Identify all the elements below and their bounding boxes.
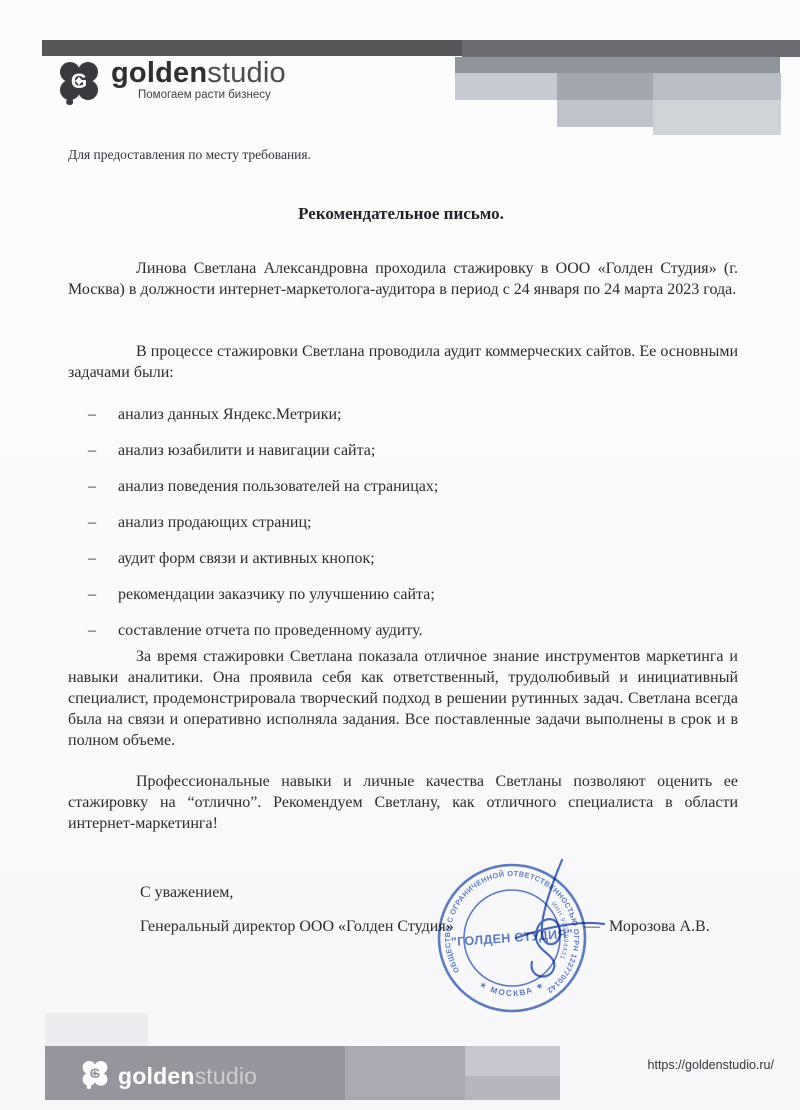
clover-logo-icon: G (56, 58, 102, 111)
task-text: анализ продающих страниц; (118, 512, 311, 533)
logo-wordmark: goldenstudio (111, 58, 286, 88)
dash-bullet: – (88, 620, 118, 641)
task-text: рекомендации заказчику по улучшению сайт… (118, 584, 435, 605)
paragraph-evaluation: За время стажировки Светлана показала от… (68, 646, 738, 751)
recipient-line: Для предоставления по месту требования. (68, 147, 311, 163)
paragraph-tasks-intro: В процессе стажировки Светлана проводила… (68, 341, 738, 383)
task-text: анализ поведения пользователей на страни… (118, 476, 438, 497)
scanned-letter-page: G goldenstudio Помогаем расти бизнесу Дл… (0, 0, 800, 1110)
list-item: –анализ поведения пользователей на стран… (88, 476, 728, 497)
website-url: https://goldenstudio.ru/ (648, 1058, 774, 1072)
footer-block (465, 1046, 560, 1076)
redaction-block (557, 100, 653, 127)
redaction-block (455, 73, 557, 100)
director-role-line: Генеральный директор ООО «Голден Студия» (140, 918, 454, 936)
letter-title: Рекомендательное письмо. (66, 204, 736, 224)
dash-bullet: – (88, 476, 118, 497)
footer-logo: G goldenstudio (80, 1058, 257, 1095)
task-text: аудит форм связи и активных кнопок; (118, 548, 375, 569)
logo-letter: G (90, 1066, 101, 1081)
footer-block (345, 1046, 465, 1100)
redaction-block (653, 73, 781, 100)
dash-bullet: – (88, 548, 118, 569)
dash-bullet: – (88, 404, 118, 425)
tasks-list: –анализ данных Яндекс.Метрики; –анализ ю… (88, 404, 728, 656)
list-item: –рекомендации заказчику по улучшению сай… (88, 584, 728, 605)
redaction-block (455, 57, 780, 73)
paragraph-intern-info: Линова Светлана Александровна проходила … (68, 258, 738, 300)
clover-logo-icon: G (80, 1058, 110, 1095)
paragraph-recommendation: Профессиональные навыки и личные качеств… (68, 771, 738, 834)
dash-bullet: – (88, 512, 118, 533)
footer-wordmark: goldenstudio (118, 1064, 257, 1088)
signer-name: Морозова А.В. (609, 918, 710, 935)
signature-strokes (516, 860, 604, 977)
logo-tagline: Помогаем расти бизнесу (138, 89, 286, 101)
dash-bullet: – (88, 440, 118, 461)
footer-block (45, 1013, 148, 1046)
list-item: –анализ продающих страниц; (88, 512, 728, 533)
handwritten-signature (500, 850, 612, 992)
dash-bullet: – (88, 584, 118, 605)
list-item: –составление отчета по проведенному ауди… (88, 620, 728, 641)
redaction-block (653, 100, 781, 135)
company-logo: G goldenstudio Помогаем расти бизнесу (56, 58, 286, 111)
list-item: –анализ юзабилити и навигации сайта; (88, 440, 728, 461)
list-item: –аудит форм связи и активных кнопок; (88, 548, 728, 569)
redaction-block (557, 73, 653, 100)
list-item: –анализ данных Яндекс.Метрики; (88, 404, 728, 425)
footer-block (465, 1076, 560, 1100)
scan-bar-right (462, 40, 800, 57)
salutation: С уважением, (140, 884, 233, 902)
task-text: анализ данных Яндекс.Метрики; (118, 404, 342, 425)
scan-bar-left (42, 40, 462, 56)
task-text: составление отчета по проведенному аудит… (118, 620, 423, 641)
task-text: анализ юзабилити и навигации сайта; (118, 440, 375, 461)
logo-letter: G (71, 70, 87, 93)
